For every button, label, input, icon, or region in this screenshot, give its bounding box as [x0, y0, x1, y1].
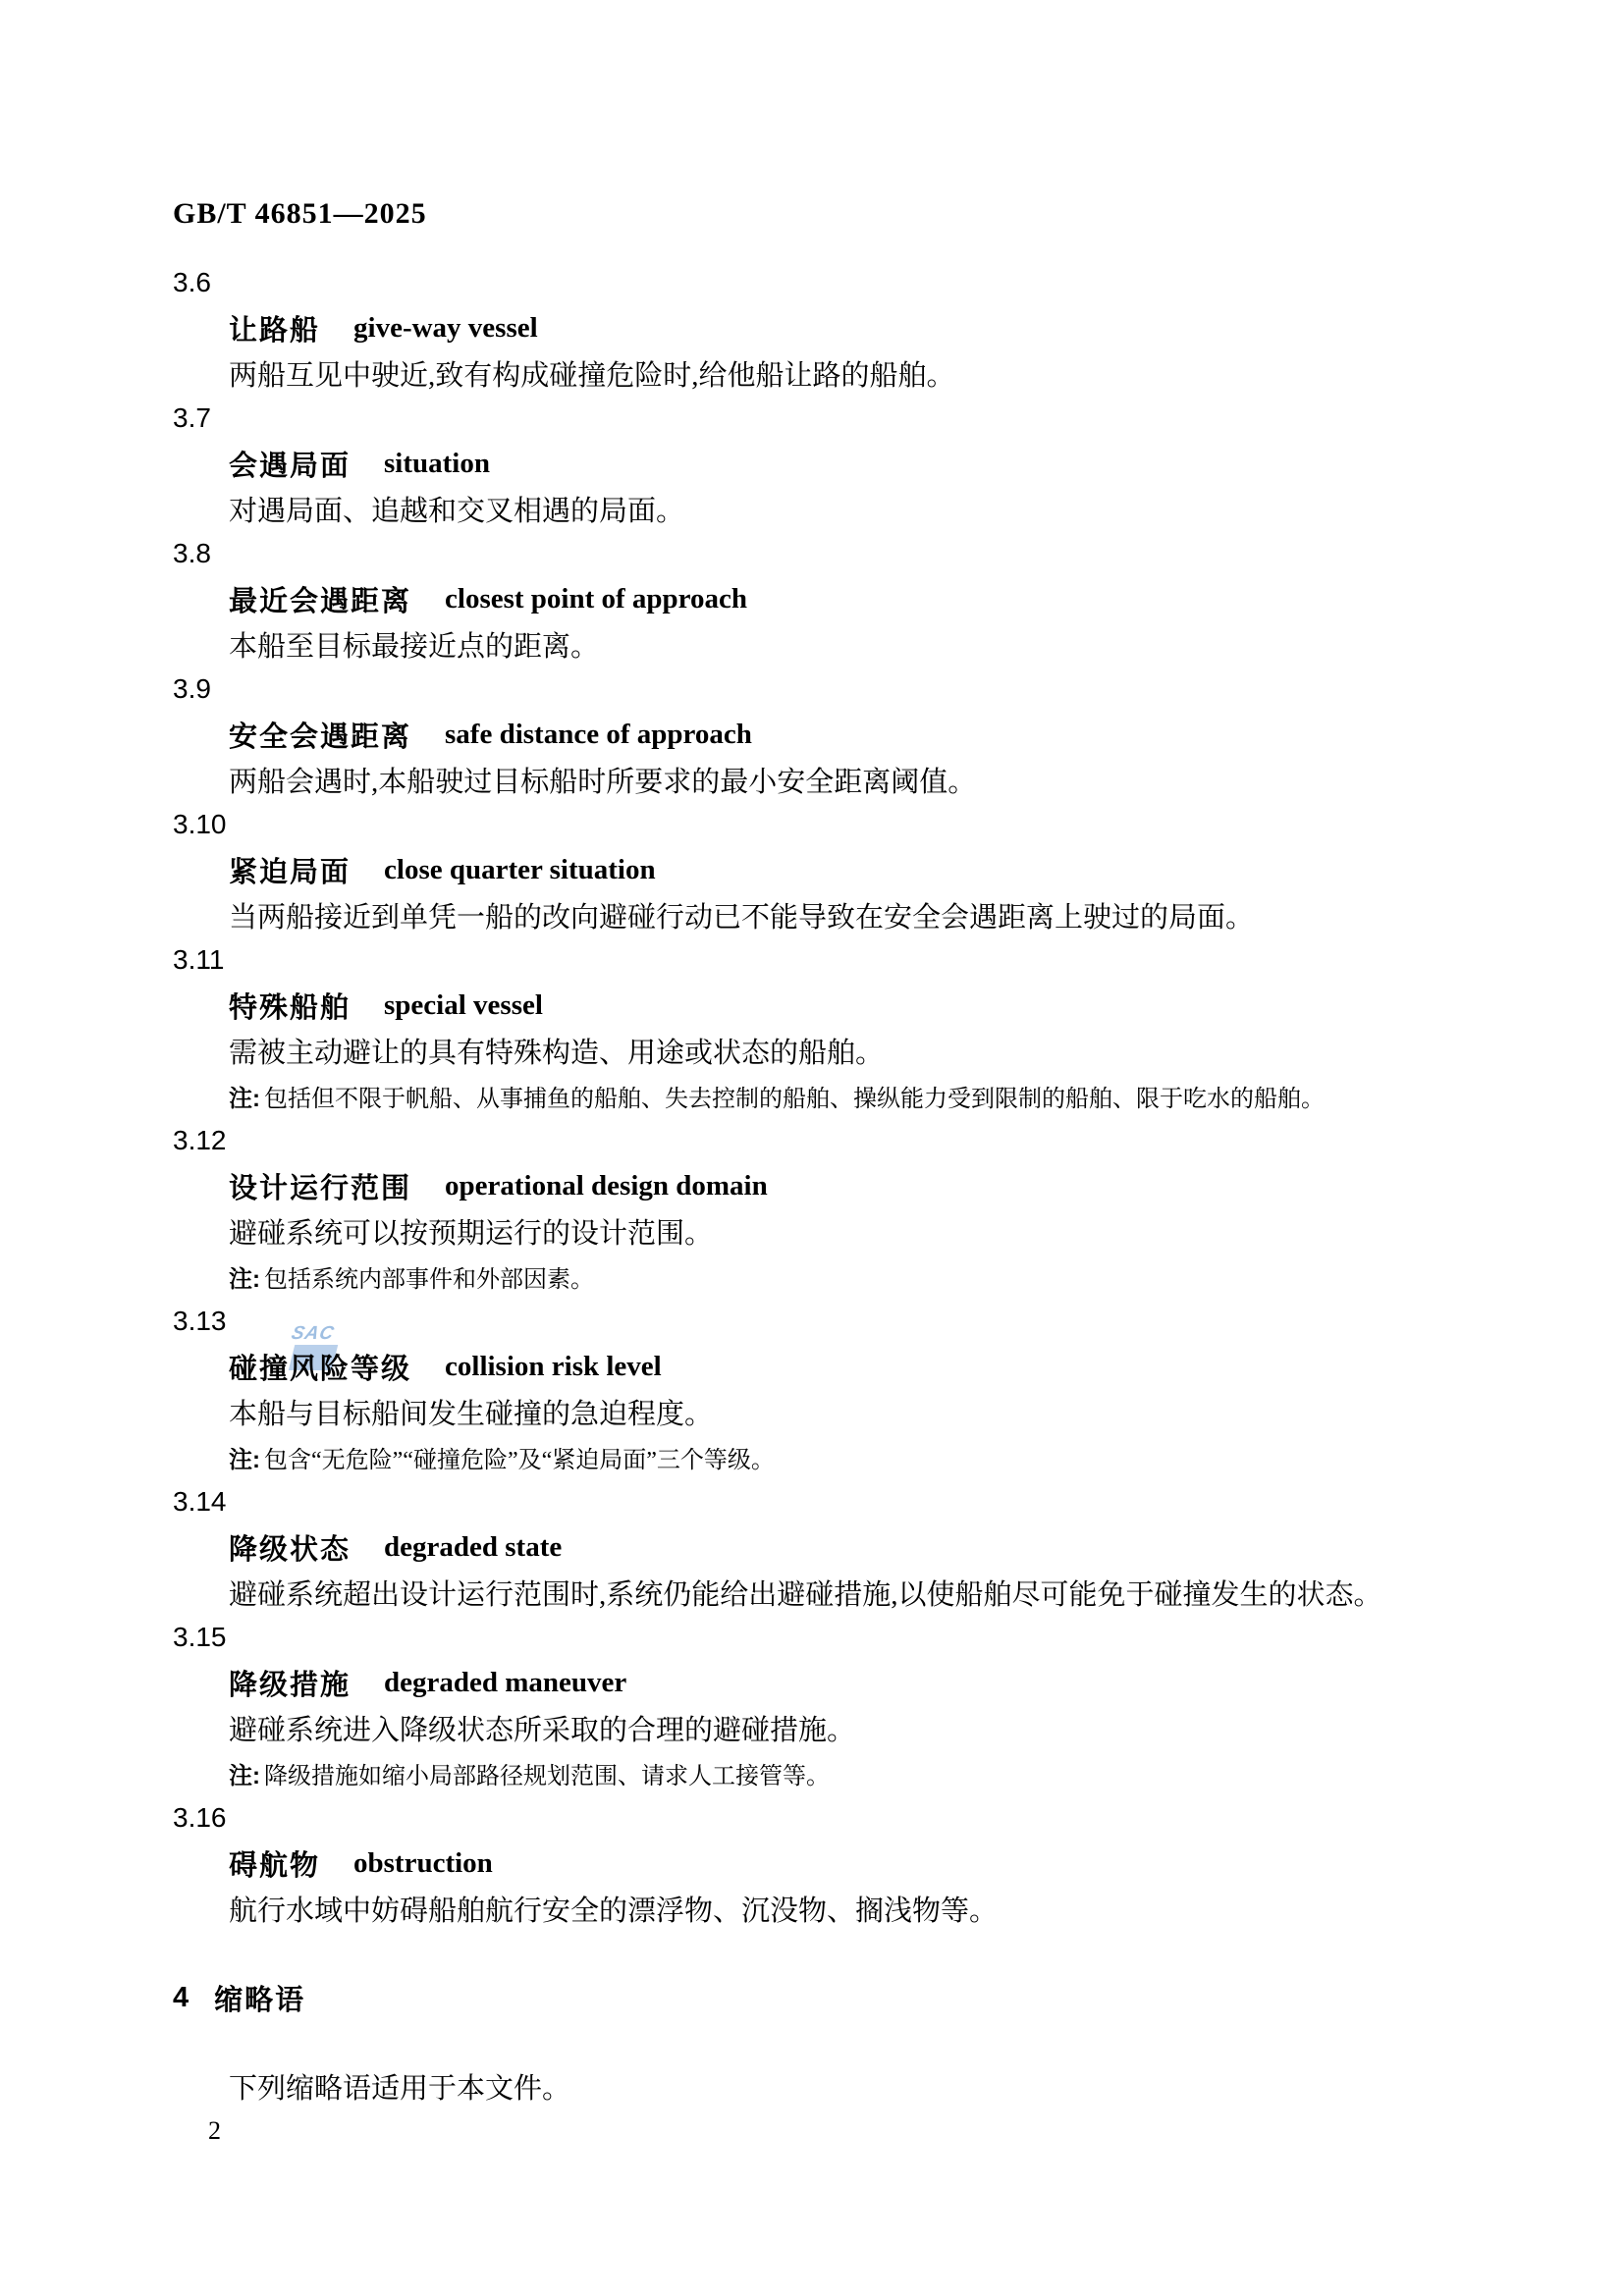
term-definition: 需被主动避让的具有特殊构造、用途或状态的船舶。: [0, 1028, 1624, 1073]
term-definition: 避碰系统超出设计运行范围时,系统仍能给出避碰措施,以使船舶尽可能免于碰撞发生的状…: [0, 1570, 1624, 1615]
terms-section: 3.6 让路船 give-way vessel 两船互见中驶近,致有构成碰撞危险…: [0, 260, 1624, 1931]
page-content: GB/T 46851—2025 3.6 让路船 give-way vessel …: [0, 0, 1624, 2154]
term-name-line: 设计运行范围 operational design domain: [0, 1163, 1624, 1208]
term-block-3-15: 3.15 降级措施 degraded maneuver 避碰系统进入降级状态所采…: [0, 1615, 1624, 1795]
term-name-en: operational design domain: [445, 1170, 768, 1202]
term-number: 3.14: [0, 1479, 1624, 1524]
term-name-en: close quarter situation: [384, 854, 656, 886]
term-definition: 航行水域中妨碍船舶航行安全的漂浮物、沉没物、搁浅物等。: [0, 1886, 1624, 1931]
term-name-line: 让路船 give-way vessel: [0, 305, 1624, 350]
term-note: 注: 包括但不限于帆船、从事捕鱼的船舶、失去控制的船舶、操纵能力受到限制的船舶、…: [0, 1073, 1624, 1118]
term-block-3-13: 3.13 碰撞风险等级 collision risk level 本船与目标船间…: [0, 1299, 1624, 1479]
term-number: 3.12: [0, 1118, 1624, 1163]
term-definition: 避碰系统可以按预期运行的设计范围。: [0, 1208, 1624, 1254]
document-page: SAC GB/T 46851—2025 3.6 让路船 give-way ves…: [0, 0, 1624, 2296]
standard-number-header: GB/T 46851—2025: [0, 191, 1624, 237]
term-name-zh: 安全会遇距离: [229, 715, 411, 755]
note-label: 注:: [229, 1259, 260, 1294]
term-name-line: 降级措施 degraded maneuver: [0, 1660, 1624, 1705]
term-name-en: special vessel: [384, 989, 543, 1022]
note-text: 包含“无危险”“碰撞危险”及“紧迫局面”三个等级。: [264, 1440, 775, 1474]
term-name-en: closest point of approach: [445, 583, 747, 615]
section4-heading: 4 缩略语: [0, 1975, 1624, 2020]
term-definition: 当两船接近到单凭一船的改向避碰行动已不能导致在安全会遇距离上驶过的局面。: [0, 892, 1624, 937]
term-block-3-7: 3.7 会遇局面 situation 对遇局面、追越和交叉相遇的局面。: [0, 396, 1624, 531]
term-name-en: give-way vessel: [353, 312, 538, 345]
term-name-en: situation: [384, 448, 490, 480]
note-label: 注:: [229, 1079, 260, 1113]
term-number: 3.6: [0, 260, 1624, 305]
term-definition: 本船与目标船间发生碰撞的急迫程度。: [0, 1389, 1624, 1434]
term-name-zh: 设计运行范围: [229, 1166, 411, 1206]
term-block-3-8: 3.8 最近会遇距离 closest point of approach 本船至…: [0, 531, 1624, 667]
term-number: 3.15: [0, 1615, 1624, 1660]
term-name-en: obstruction: [353, 1847, 493, 1880]
note-text: 包括系统内部事件和外部因素。: [264, 1259, 594, 1294]
term-definition: 两船互见中驶近,致有构成碰撞危险时,给他船让路的船舶。: [0, 350, 1624, 396]
term-number: 3.8: [0, 531, 1624, 576]
term-name-line: 特殊船舶 special vessel: [0, 983, 1624, 1028]
term-block-3-11: 3.11 特殊船舶 special vessel 需被主动避让的具有特殊构造、用…: [0, 937, 1624, 1118]
note-label: 注:: [229, 1440, 260, 1474]
term-note: 注: 包含“无危险”“碰撞危险”及“紧迫局面”三个等级。: [0, 1434, 1624, 1479]
term-note: 注: 降级措施如缩小局部路径规划范围、请求人工接管等。: [0, 1750, 1624, 1795]
term-block-3-9: 3.9 安全会遇距离 safe distance of approach 两船会…: [0, 667, 1624, 802]
term-name-line: 会遇局面 situation: [0, 441, 1624, 486]
term-number: 3.11: [0, 937, 1624, 983]
page-number: 2: [0, 2109, 1624, 2154]
term-name-line: 碰撞风险等级 collision risk level: [0, 1344, 1624, 1389]
term-name-line: 降级状态 degraded state: [0, 1524, 1624, 1570]
term-name-en: safe distance of approach: [445, 719, 752, 751]
section4-title: 缩略语: [214, 1978, 305, 2018]
term-name-en: collision risk level: [445, 1351, 662, 1383]
term-number: 3.7: [0, 396, 1624, 441]
term-name-line: 最近会遇距离 closest point of approach: [0, 576, 1624, 621]
section4-number: 4: [173, 1982, 189, 2014]
term-number: 3.13: [0, 1299, 1624, 1344]
term-number: 3.10: [0, 802, 1624, 847]
term-definition: 对遇局面、追越和交叉相遇的局面。: [0, 486, 1624, 531]
term-name-zh: 让路船: [229, 308, 320, 348]
term-block-3-16: 3.16 碍航物 obstruction 航行水域中妨碍船舶航行安全的漂浮物、沉…: [0, 1795, 1624, 1931]
term-name-zh: 紧迫局面: [229, 850, 351, 890]
term-note: 注: 包括系统内部事件和外部因素。: [0, 1254, 1624, 1299]
term-name-en: degraded maneuver: [384, 1667, 626, 1699]
term-name-zh: 降级状态: [229, 1527, 351, 1568]
term-name-zh: 碰撞风险等级: [229, 1347, 411, 1387]
term-name-zh: 特殊船舶: [229, 986, 351, 1026]
term-name-line: 紧迫局面 close quarter situation: [0, 847, 1624, 892]
note-text: 包括但不限于帆船、从事捕鱼的船舶、失去控制的船舶、操纵能力受到限制的船舶、限于吃…: [264, 1079, 1325, 1113]
term-number: 3.16: [0, 1795, 1624, 1841]
term-block-3-14: 3.14 降级状态 degraded state 避碰系统超出设计运行范围时,系…: [0, 1479, 1624, 1615]
term-definition: 两船会遇时,本船驶过目标船时所要求的最小安全距离阈值。: [0, 757, 1624, 802]
term-name-zh: 碍航物: [229, 1843, 320, 1884]
term-name-line: 碍航物 obstruction: [0, 1841, 1624, 1886]
term-block-3-12: 3.12 设计运行范围 operational design domain 避碰…: [0, 1118, 1624, 1299]
term-name-en: degraded state: [384, 1531, 562, 1564]
term-name-zh: 降级措施: [229, 1663, 351, 1703]
term-number: 3.9: [0, 667, 1624, 712]
section4-intro: 下列缩略语适用于本文件。: [0, 2063, 1624, 2109]
note-text: 降级措施如缩小局部路径规划范围、请求人工接管等。: [264, 1756, 830, 1790]
term-block-3-10: 3.10 紧迫局面 close quarter situation 当两船接近到…: [0, 802, 1624, 937]
term-definition: 本船至目标最接近点的距离。: [0, 621, 1624, 667]
term-name-zh: 最近会遇距离: [229, 579, 411, 619]
note-label: 注:: [229, 1756, 260, 1790]
term-name-zh: 会遇局面: [229, 444, 351, 484]
term-name-line: 安全会遇距离 safe distance of approach: [0, 712, 1624, 757]
term-block-3-6: 3.6 让路船 give-way vessel 两船互见中驶近,致有构成碰撞危险…: [0, 260, 1624, 396]
term-definition: 避碰系统进入降级状态所采取的合理的避碰措施。: [0, 1705, 1624, 1750]
